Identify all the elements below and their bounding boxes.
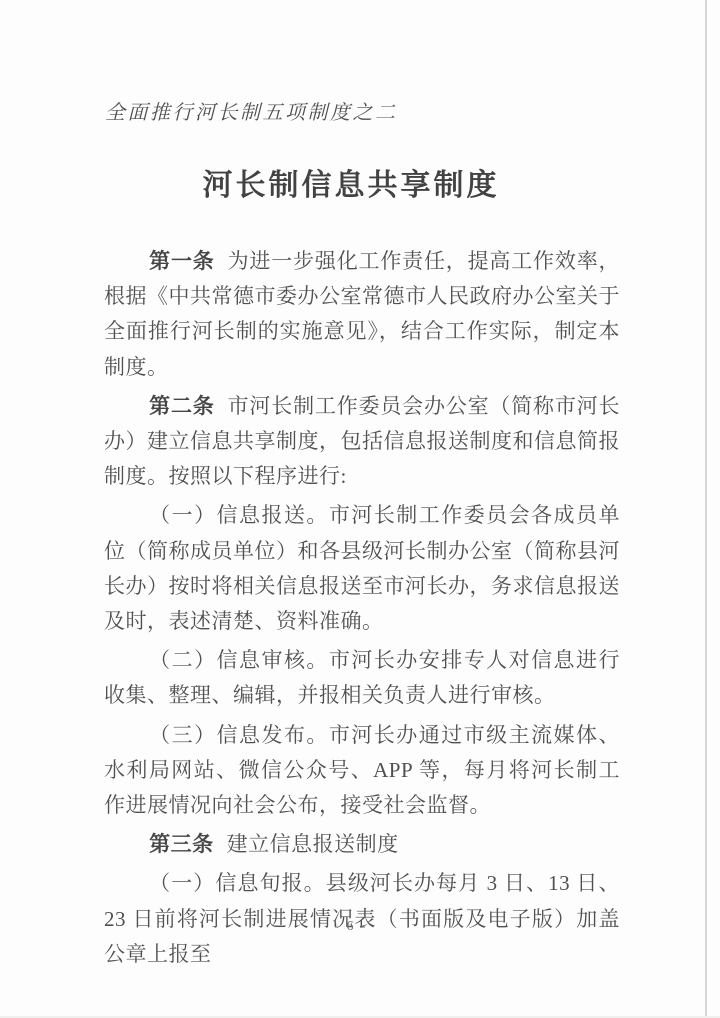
header-note: 全面推行河长制五项制度之二 (105, 96, 398, 125)
paragraph: （二）信息审核。市河长办安排专人对信息进行收集、整理、编辑，并报相关负责人进行审… (104, 643, 620, 713)
paragraph-lead: 第一条 (149, 249, 214, 273)
paragraph-text: （三）信息发布。市河长办通过市级主流媒体、水利局网站、微信公众号、APP 等，每… (104, 723, 620, 817)
paragraph: 第一条为进一步强化工作责任，提高工作效率，根据《中共常德市委办公室常德市人民政府… (104, 244, 620, 385)
paragraph-text: （一）信息报送。市河长制工作委员会各成员单位（简称成员单位）和各县级河长制办公室… (104, 503, 620, 633)
paragraph: （一）信息报送。市河长制工作委员会各成员单位（简称成员单位）和各县级河长制办公室… (104, 498, 620, 639)
paragraph: 第三条建立信息报送制度 (104, 827, 620, 862)
paragraph-text: 建立信息报送制度 (227, 832, 399, 856)
scan-edge-right (705, 0, 707, 1018)
paragraph-text: （二）信息审核。市河长办安排专人对信息进行收集、整理、编辑，并报相关负责人进行审… (104, 648, 620, 707)
document-title: 河长制信息共享制度 (95, 160, 607, 204)
paragraph: （三）信息发布。市河长办通过市级主流媒体、水利局网站、微信公众号、APP 等，每… (104, 718, 620, 824)
page-number: - 6 - (95, 919, 607, 935)
paragraph-lead: 第三条 (149, 832, 214, 856)
document-page: 全面推行河长制五项制度之二 河长制信息共享制度 第一条为进一步强化工作责任，提高… (0, 0, 720, 1018)
paragraph: 第二条市河长制工作委员会办公室（简称市河长办）建立信息共享制度，包括信息报送制度… (104, 389, 620, 495)
document-body: 第一条为进一步强化工作责任，提高工作效率，根据《中共常德市委办公室常德市人民政府… (104, 244, 620, 976)
paragraph-lead: 第二条 (149, 394, 214, 418)
